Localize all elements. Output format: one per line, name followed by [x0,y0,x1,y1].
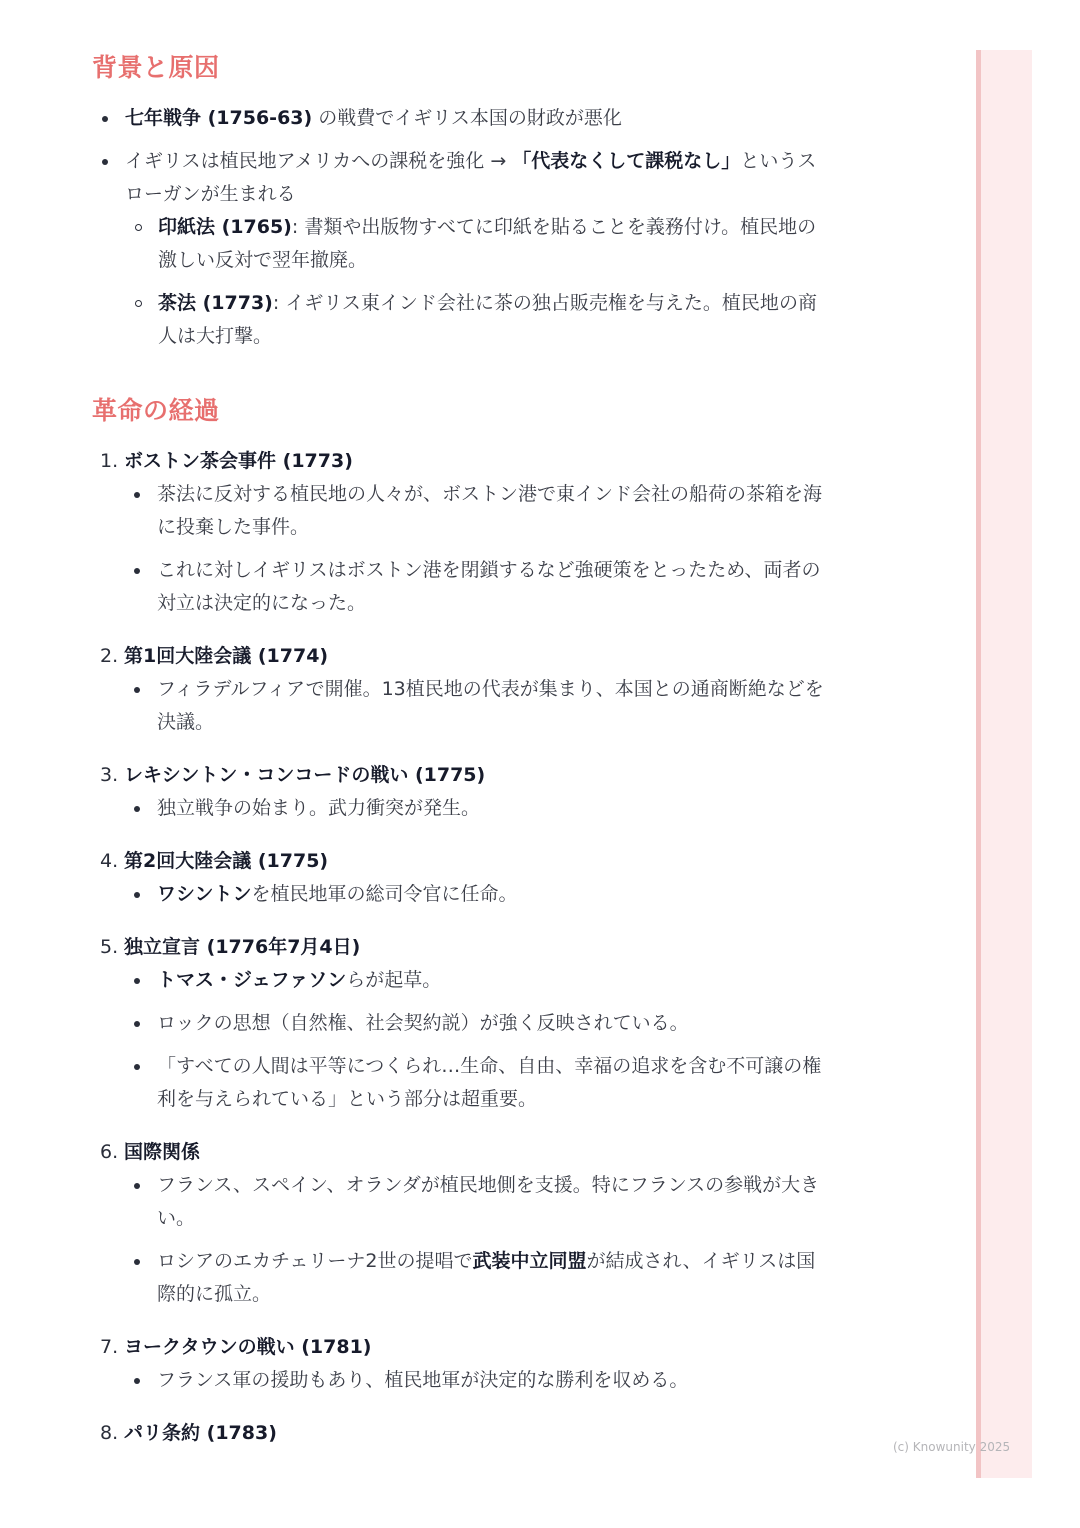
sub-list: 印紙法 (1765): 書類や出版物すべてに印紙を貼ることを義務付け。植民地の激… [125,211,832,353]
detail-item: ロシアのエカチェリーナ2世の提唱で武装中立同盟が結成され、イギリスは国際的に孤立… [124,1245,832,1311]
section-title-background: 背景と原因 [92,48,832,88]
detail-item: 独立戦争の始まり。武力衝突が発生。 [124,792,832,825]
event-item: 6. 国際関係 フランス、スペイン、オランダが植民地側を支援。特にフランスの参戦… [92,1136,832,1311]
event-number: 4. [100,845,118,878]
term-seven-years-war: 七年戦争 (1756-63) [125,107,312,129]
event-details: フランス軍の援助もあり、植民地軍が決定的な勝利を収める。 [124,1364,832,1397]
section-background: 背景と原因 七年戦争 (1756-63) の戦費でイギリス本国の財政が悪化 イギ… [92,48,832,353]
detail-item: フランス、スペイン、オランダが植民地側を支援。特にフランスの参戦が大きい。 [124,1169,832,1235]
event-item: 5. 独立宣言 (1776年7月4日) トマス・ジェファソンらが起草。 ロックの… [92,931,832,1116]
event-number: 2. [100,640,118,673]
item-text: の戦費でイギリス本国の財政が悪化 [312,107,622,129]
item-text: らが起草。 [346,969,441,991]
event-details: ワシントンを植民地軍の総司令官に任命。 [124,878,832,911]
event-item: 1. ボストン茶会事件 (1773) 茶法に反対する植民地の人々が、ボストン港で… [92,445,832,620]
event-number: 3. [100,759,118,792]
event-title: レキシントン・コンコードの戦い [124,764,408,786]
event-title: ボストン茶会事件 [124,450,276,472]
events-list: 1. ボストン茶会事件 (1773) 茶法に反対する植民地の人々が、ボストン港で… [92,445,832,1450]
item-text: イギリスは植民地アメリカへの課税を強化 → [125,150,512,172]
item-text: を植民地軍の総司令官に任命。 [252,883,518,905]
event-details: 独立戦争の始まり。武力衝突が発生。 [124,792,832,825]
term-washington: ワシントン [157,883,252,905]
event-year: (1776年7月4日) [200,936,360,958]
document-content: 背景と原因 七年戦争 (1756-63) の戦費でイギリス本国の財政が悪化 イギ… [92,48,832,1470]
section-course-of-revolution: 革命の経過 1. ボストン茶会事件 (1773) 茶法に反対する植民地の人々が、… [92,391,832,1450]
event-number: 5. [100,931,118,964]
event-item: 3. レキシントン・コンコードの戦い (1775) 独立戦争の始まり。武力衝突が… [92,759,832,825]
section-title-course: 革命の経過 [92,391,832,431]
event-number: 1. [100,445,118,478]
event-number: 8. [100,1417,118,1450]
event-item: 2. 第1回大陸会議 (1774) フィラデルフィアで開催。13植民地の代表が集… [92,640,832,739]
sub-list-item: 茶法 (1773): イギリス東インド会社に茶の独占販売権を与えた。植民地の商人… [125,287,832,353]
event-year: (1783) [200,1422,277,1444]
event-year: (1774) [251,645,328,667]
side-margin-panel [976,50,1032,1478]
detail-item: ワシントンを植民地軍の総司令官に任命。 [124,878,832,911]
term-jefferson: トマス・ジェファソン [157,969,346,991]
event-item: 7. ヨークタウンの戦い (1781) フランス軍の援助もあり、植民地軍が決定的… [92,1331,832,1397]
event-details: フランス、スペイン、オランダが植民地側を支援。特にフランスの参戦が大きい。 ロシ… [124,1169,832,1311]
background-list: 七年戦争 (1756-63) の戦費でイギリス本国の財政が悪化 イギリスは植民地… [92,102,832,353]
event-title: 国際関係 [124,1141,200,1163]
event-title: 第1回大陸会議 [124,645,251,667]
detail-item: 茶法に反対する植民地の人々が、ボストン港で東インド会社の船荷の茶箱を海に投棄した… [124,478,832,544]
slogan: 「代表なくして課税なし」 [512,150,740,172]
event-title: 第2回大陸会議 [124,850,251,872]
event-title: ヨークタウンの戦い [124,1336,295,1358]
event-title: 独立宣言 [124,936,200,958]
sub-list-item: 印紙法 (1765): 書類や出版物すべてに印紙を貼ることを義務付け。植民地の激… [125,211,832,277]
event-year: (1781) [295,1336,372,1358]
event-year: (1775) [251,850,328,872]
event-item: 8. パリ条約 (1783) [92,1417,832,1450]
detail-item: 「すべての人間は平等につくられ…生命、自由、幸福の追求を含む不可譲の権利を与えら… [124,1050,832,1116]
list-item: イギリスは植民地アメリカへの課税を強化 → 「代表なくして課税なし」というスロー… [92,145,832,353]
event-details: トマス・ジェファソンらが起草。 ロックの思想（自然権、社会契約説）が強く反映され… [124,964,832,1116]
event-number: 6. [100,1136,118,1169]
list-item: 七年戦争 (1756-63) の戦費でイギリス本国の財政が悪化 [92,102,832,135]
event-year: (1773) [276,450,353,472]
detail-item: トマス・ジェファソンらが起草。 [124,964,832,997]
term-tea-act: 茶法 (1773) [158,292,273,314]
term-armed-neutrality: 武装中立同盟 [473,1250,587,1272]
detail-item: フィラデルフィアで開催。13植民地の代表が集まり、本国との通商断絶などを決議。 [124,673,832,739]
event-number: 7. [100,1331,118,1364]
event-title: パリ条約 [124,1422,200,1444]
copyright-footer: (c) Knowunity 2025 [893,1440,1010,1454]
detail-item: フランス軍の援助もあり、植民地軍が決定的な勝利を収める。 [124,1364,832,1397]
detail-item: ロックの思想（自然権、社会契約説）が強く反映されている。 [124,1007,832,1040]
event-item: 4. 第2回大陸会議 (1775) ワシントンを植民地軍の総司令官に任命。 [92,845,832,911]
event-details: フィラデルフィアで開催。13植民地の代表が集まり、本国との通商断絶などを決議。 [124,673,832,739]
detail-item: これに対しイギリスはボストン港を閉鎖するなど強硬策をとったため、両者の対立は決定… [124,554,832,620]
item-text: ロシアのエカチェリーナ2世の提唱で [157,1250,473,1272]
term-stamp-act: 印紙法 (1765) [158,216,292,238]
event-details: 茶法に反対する植民地の人々が、ボストン港で東インド会社の船荷の茶箱を海に投棄した… [124,478,832,620]
event-year: (1775) [408,764,485,786]
